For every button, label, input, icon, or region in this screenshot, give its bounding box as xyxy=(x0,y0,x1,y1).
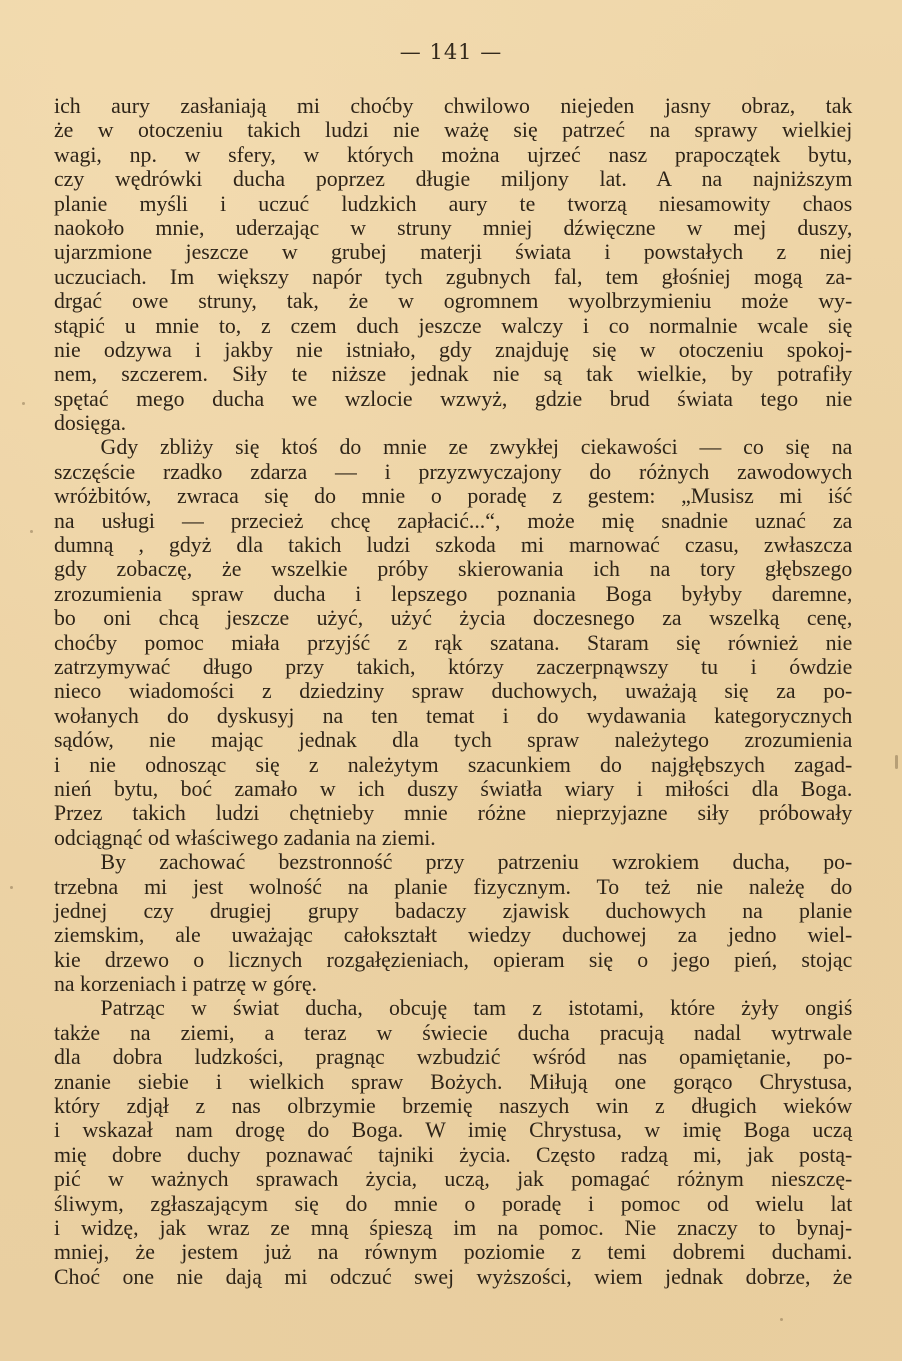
text-line: kie drzewo o licznych rozgałęzieniach, o… xyxy=(54,948,852,972)
text-line: także na ziemi, a teraz w świecie ducha … xyxy=(54,1021,852,1045)
paper-speck xyxy=(30,530,33,533)
text-line: planie myśli i uczuć ludzkich aury te tw… xyxy=(54,192,852,216)
text-line: sądów, nie mając jednak dla tych spraw n… xyxy=(54,728,852,752)
text-line: i wskazał nam drogę do Boga. W imię Chry… xyxy=(54,1118,852,1142)
paragraph-first-line: By zachować bezstronność przy patrzeniu … xyxy=(54,850,852,874)
text-line: zatrzymywać długo przy takich, którzy za… xyxy=(54,655,852,679)
text-line: pić w ważnych sprawach życia, uczą, jak … xyxy=(54,1167,852,1191)
text-line: mię dobre duchy poznawać tajniki życia. … xyxy=(54,1143,852,1167)
text-line: ich aury zasłaniają mi choćby chwilowo n… xyxy=(54,94,852,118)
book-page: — 141 — ich aury zasłaniają mi choćby ch… xyxy=(0,0,902,1361)
text-line: uczuciach. Im większy napór tych zgubnyc… xyxy=(54,265,852,289)
paper-speck xyxy=(895,755,898,769)
paragraph-first-line: Gdy zbliży się ktoś do mnie ze zwykłej c… xyxy=(54,435,852,459)
text-line: wagi, np. w sfery, w których można ujrze… xyxy=(54,143,852,167)
text-line: i widzę, jak wraz ze mną śpieszą im na p… xyxy=(54,1216,852,1240)
text-line: gdy zobaczę, że wszelkie próby skierowan… xyxy=(54,557,852,581)
paper-speck xyxy=(22,402,25,405)
text-line: że w otoczeniu takich ludzi nie ważę się… xyxy=(54,118,852,142)
text-line: trzebna mi jest wolność na planie fizycz… xyxy=(54,875,852,899)
text-line: Choć one nie dają mi odczuć swej wyższoś… xyxy=(54,1265,852,1289)
text-line: nie odzywa i jakby nie istniało, gdy zna… xyxy=(54,338,852,362)
text-line: naokoło mnie, uderzając w struny mniej d… xyxy=(54,216,852,240)
text-line: wróżbitów, zwraca się do mnie o poradę z… xyxy=(54,484,852,508)
text-line: Przez takich ludzi chętnieby mnie różne … xyxy=(54,801,852,825)
paragraph-first-line: Patrząc w świat ducha, obcuję tam z isto… xyxy=(54,996,852,1020)
text-line: dla dobra ludzkości, pragnąc wzbudzić wś… xyxy=(54,1045,852,1069)
text-line: znanie siebie i wielkich spraw Bożych. M… xyxy=(54,1070,852,1094)
text-line: szczęście rzadko zdarza — i przyzwyczajo… xyxy=(54,460,852,484)
body-text: ich aury zasłaniają mi choćby chwilowo n… xyxy=(54,94,852,1289)
text-line: nień bytu, boć zamało w ich duszy światł… xyxy=(54,777,852,801)
text-line: zrozumienia spraw ducha i lepszego pozna… xyxy=(54,582,852,606)
text-line: dumną , gdyż dla takich ludzi szkoda mi … xyxy=(54,533,852,557)
text-line: jednej czy drugiej grupy badaczy zjawisk… xyxy=(54,899,852,923)
text-line: nieco wiadomości z dziedziny spraw ducho… xyxy=(54,679,852,703)
text-line: bo oni chcą jeszcze użyć, użyć życia doc… xyxy=(54,606,852,630)
text-line: nem, szczerem. Siły te niższe jednak nie… xyxy=(54,362,852,386)
text-line: drgać owe struny, tak, że w ogromnem wyo… xyxy=(54,289,852,313)
text-line: ujarzmione jeszcze w grubej materji świa… xyxy=(54,240,852,264)
text-line: spętać mego ducha we wzlocie wzwyż, gdzi… xyxy=(54,387,852,411)
text-line: wołanych do dyskusyj na ten temat i do w… xyxy=(54,704,852,728)
text-line: dosięga. xyxy=(54,411,852,435)
text-line: na korzeniach i patrzę w górę. xyxy=(54,972,852,996)
text-line: który zdjął z nas olbrzymie brzemię nasz… xyxy=(54,1094,852,1118)
text-line: stąpić u mnie to, z czem duch jeszcze wa… xyxy=(54,314,852,338)
text-line: śliwym, zgłaszającym się do mnie o porad… xyxy=(54,1192,852,1216)
text-line: na usługi — przecież chcę zapłacić...“, … xyxy=(54,509,852,533)
text-line: i nie odnosząc się z należytym szacunkie… xyxy=(54,753,852,777)
paper-speck xyxy=(780,1318,783,1321)
text-line: ziemskim, ale uważając całokształt wiedz… xyxy=(54,923,852,947)
page-number: — 141 — xyxy=(0,40,902,64)
text-line: mniej, że jestem już na równym poziomie … xyxy=(54,1240,852,1264)
text-line: odciągnąć od właściwego zadania na ziemi… xyxy=(54,826,852,850)
text-line: choćby pomoc miała przyjść z rąk szatana… xyxy=(54,631,852,655)
paper-speck xyxy=(10,886,13,889)
text-line: czy wędrówki ducha poprzez długie miljon… xyxy=(54,167,852,191)
